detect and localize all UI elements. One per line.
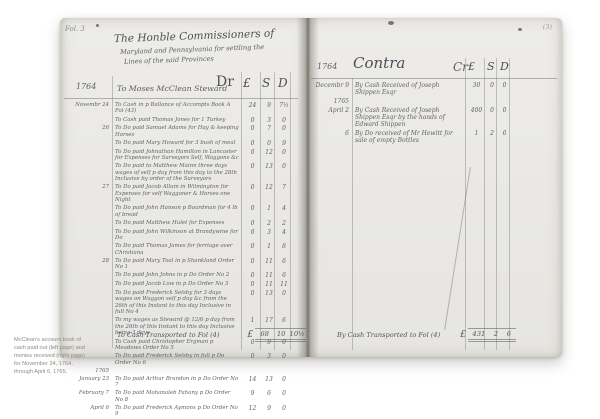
row-description: To Do paid Mohanaleb Fahany p Do Order N…: [112, 390, 243, 399]
row-shillings: 11: [262, 272, 276, 279]
left-total-row: To Cash Transported to Fol (4) £ 68 10 1…: [117, 328, 306, 342]
row-pence: 4: [276, 229, 292, 236]
row-pence: 0: [276, 163, 292, 170]
row-description: By Cash Received of Joseph Shippen Esqr: [352, 82, 467, 96]
book-gutter: [297, 18, 319, 357]
left-pounds-header: £: [243, 76, 251, 90]
row-shillings: 9: [262, 102, 276, 109]
row-date: Novembr 24: [60, 102, 112, 108]
row-pence: 7½: [276, 102, 292, 109]
row-description: To Do paid John Hanson p Boardman for 4 …: [112, 205, 243, 218]
right-ledger-rows: Decembr 9 By Cash Received of Joseph Shi…: [307, 82, 562, 146]
row-pounds: 0: [243, 149, 262, 156]
row-pounds: 1: [467, 130, 486, 137]
row-pence: 9: [276, 140, 292, 147]
row-shillings: 2: [486, 130, 498, 137]
ledger-row: To Cash paid Thomas Jones for 1 Turkey 0…: [60, 117, 307, 124]
ledger-row: To Do paid Mary Howard for 3 bush of mea…: [60, 140, 307, 147]
right-pence-header: D: [500, 60, 509, 73]
left-year-label: 1764: [76, 82, 96, 91]
right-total-description: By Cash Transported to Fol (4): [337, 331, 440, 339]
row-shillings: 7: [262, 125, 276, 132]
right-year-label: 1764: [317, 62, 337, 71]
left-header-rule: [64, 98, 298, 99]
ledger-row: February 7 To Do paid Mohanaleb Fahany p…: [60, 390, 307, 399]
row-pounds: 0: [243, 163, 262, 170]
total-pounds: 431: [468, 330, 490, 338]
row-pence: 0: [276, 117, 292, 124]
ledger-row: 27 To Do paid Jacob Allum in Wilmington …: [60, 184, 307, 203]
row-pence: 6: [498, 130, 511, 137]
row-pounds: 0: [243, 272, 262, 279]
ledger-row: Decembr 9 By Cash Received of Joseph Shi…: [307, 82, 562, 96]
ledger-row: To Do paid Jacob Low in p Do Order No 3 …: [60, 281, 307, 288]
ledger-row: To Do paid Matthew Hulet for Expenses 0 …: [60, 220, 307, 227]
row-shillings: 11: [262, 281, 276, 288]
row-pounds: 0: [243, 229, 262, 236]
row-pounds: 30: [467, 82, 486, 89]
row-pence: 0: [498, 82, 511, 89]
total-pence: 6: [502, 330, 516, 338]
row-description: To Do paid John Johns in p Do Order No 2: [112, 272, 243, 278]
row-pence: 6: [276, 258, 292, 265]
row-pence: 6: [276, 272, 292, 279]
row-shillings: 3: [262, 117, 276, 124]
row-description: To Do paid Arthur Brandon in p Do Order …: [112, 376, 243, 389]
right-header-rule: [311, 78, 557, 79]
row-pounds: 0: [243, 184, 262, 191]
row-description: To Do paid Jacob Allum in Wilmington for…: [112, 184, 243, 203]
row-shillings: 17: [262, 317, 276, 324]
row-description: To Do paid John Wilkinson at Brandywine …: [112, 229, 243, 242]
ledger-row: 6 By Do received of Mr Hewitt for sale o…: [307, 130, 562, 144]
row-pounds: 9: [243, 390, 262, 397]
row-description: To Do paid Matthew Hulet for Expenses: [112, 220, 243, 226]
row-description: By Do received of Mr Hewitt for sale of …: [352, 130, 467, 144]
right-page: (3) 1764 Contra Cr £ S D Decembr 9 By Ca…: [307, 18, 562, 357]
row-shillings: 3: [262, 353, 276, 360]
row-pounds: 0: [243, 205, 262, 212]
photo-caption: McClean's account book of cash paid out …: [14, 337, 100, 377]
row-shillings: 12: [262, 149, 276, 156]
right-shillings-header: S: [487, 60, 495, 73]
pound-sign: £: [247, 330, 253, 340]
total-pounds: 68: [255, 330, 274, 338]
row-description: To Do paid Mary Toal in p Shankland Orde…: [112, 258, 243, 271]
row-shillings: 13: [262, 290, 276, 297]
right-total-row: By Cash Transported to Fol (4) £ 431 2 6: [337, 328, 516, 342]
row-pence: 7: [276, 184, 292, 191]
ledger-row: To Do paid Frederick Selsby for 3 days w…: [60, 290, 307, 316]
stain-speck: [96, 24, 99, 27]
row-description: To Do paid to Matthew Mainn three days w…: [112, 163, 243, 182]
row-description: To Do paid Jacob Low in p Do Order No 3: [112, 281, 243, 287]
settlement-stroke: [444, 167, 471, 330]
total-shillings: 2: [490, 330, 502, 338]
row-pounds: 0: [243, 290, 262, 297]
row-date: January 23: [60, 376, 112, 382]
ledger-row: 1765: [307, 98, 562, 105]
row-shillings: 1: [262, 243, 276, 250]
ledger-row: Novembr 24 To Cash in p Ballance of Acco…: [60, 102, 307, 115]
row-pence: 11: [276, 281, 292, 288]
row-pence: 0: [276, 353, 292, 360]
row-pence: 8: [276, 243, 292, 250]
row-pence: 0: [498, 107, 511, 114]
ledger-row: January 23 To Do paid Arthur Brandon in …: [60, 376, 307, 389]
ledger-row: April 2 By Cash Received of Joseph Shipp…: [307, 107, 562, 129]
row-description: To Do paid Samuel Adams for Hay & keepin…: [112, 125, 243, 138]
total-shillings: 10: [274, 330, 288, 338]
left-pence-header: D: [278, 76, 288, 90]
row-pence: 4: [276, 205, 292, 212]
row-description: To Do paid Frederick Selsby in full p Do…: [112, 353, 243, 366]
row-pence: 0: [276, 290, 292, 297]
row-pounds: 24: [243, 102, 262, 109]
row-date: 27: [60, 184, 112, 190]
left-page: Fol. 3 The Honble Commissioners of Maryl…: [60, 18, 307, 357]
ledger-row: To Do paid John Wilkinson at Brandywine …: [60, 229, 307, 242]
row-description: By Cash Received of Joseph Shippen Esqr …: [352, 107, 467, 129]
row-description: To Do paid Frederick Selsby for 3 days w…: [112, 290, 243, 316]
row-pounds: 14: [243, 376, 262, 383]
row-date: February 7: [60, 390, 112, 396]
row-shillings: 1: [262, 205, 276, 212]
right-pounds-header: £: [468, 60, 475, 73]
row-shillings: 13: [262, 163, 276, 170]
row-shillings: 0: [486, 107, 498, 114]
row-shillings: 0: [486, 82, 498, 89]
left-shillings-header: S: [262, 76, 270, 90]
row-pounds: 0: [243, 140, 262, 147]
row-shillings: 13: [262, 376, 276, 383]
left-total-description: To Cash Transported to Fol (4): [117, 331, 219, 339]
row-pence: 6: [276, 317, 292, 324]
row-pence: 0: [276, 390, 292, 397]
row-description: To Cash paid Thomas Jones for 1 Turkey: [112, 117, 243, 123]
ledger-row: 26 To Do paid Samuel Adams for Hay & kee…: [60, 125, 307, 138]
row-description: To Do paid Thomas James for ferriage ove…: [112, 243, 243, 256]
left-folio-label: Fol. 3: [65, 25, 85, 33]
row-description: To Cash in p Ballance of Accompts Book A…: [112, 102, 243, 115]
row-pounds: 400: [467, 107, 486, 114]
ledger-row: To Do paid Johnathan Hamilton in Lancast…: [60, 149, 307, 162]
ledger-row: To Do paid to Matthew Mainn three days w…: [60, 163, 307, 182]
row-pounds: 1: [243, 317, 262, 324]
row-pounds: 0: [243, 125, 262, 132]
row-shillings: 0: [262, 140, 276, 147]
row-date: 26: [60, 125, 112, 131]
right-total-amount: 431 2 6: [468, 328, 516, 342]
row-pounds: 0: [243, 220, 262, 227]
row-shillings: 6: [262, 390, 276, 397]
row-pounds: 0: [243, 117, 262, 124]
ledger-row: 28 To Do paid Mary Toal in p Shankland O…: [60, 258, 307, 271]
row-shillings: 12: [262, 184, 276, 191]
account-book-photo: Fol. 3 The Honble Commissioners of Maryl…: [60, 18, 562, 357]
stain-speck: [388, 21, 394, 25]
row-pence: 0: [276, 149, 292, 156]
right-folio-label: (3): [543, 23, 552, 31]
ledger-row: To Do paid John Hanson p Boardman for 4 …: [60, 205, 307, 218]
ledger-row: To Do paid Thomas James for ferriage ove…: [60, 243, 307, 256]
contra-heading: Contra: [353, 54, 405, 72]
row-shillings: 3: [262, 229, 276, 236]
stain-speck: [518, 28, 522, 31]
row-pence: 2: [276, 220, 292, 227]
row-pounds: 0: [243, 353, 262, 360]
pound-sign: £: [460, 330, 466, 340]
row-shillings: 2: [262, 220, 276, 227]
row-shillings: 11: [262, 258, 276, 265]
ledger-row: To Do paid John Johns in p Do Order No 2…: [60, 272, 307, 279]
row-pence: 0: [276, 125, 292, 132]
row-date: 28: [60, 258, 112, 264]
row-pounds: 0: [243, 258, 262, 265]
account-title: To Moses McClean Steward: [117, 84, 227, 93]
row-pence: 0: [276, 376, 292, 383]
row-description: To Do paid Johnathan Hamilton in Lancast…: [112, 149, 243, 162]
row-pounds: 0: [243, 281, 262, 288]
row-description: To Do paid Mary Howard for 3 bush of mea…: [112, 140, 243, 146]
debit-label: Dr: [216, 74, 234, 90]
row-pounds: 0: [243, 243, 262, 250]
